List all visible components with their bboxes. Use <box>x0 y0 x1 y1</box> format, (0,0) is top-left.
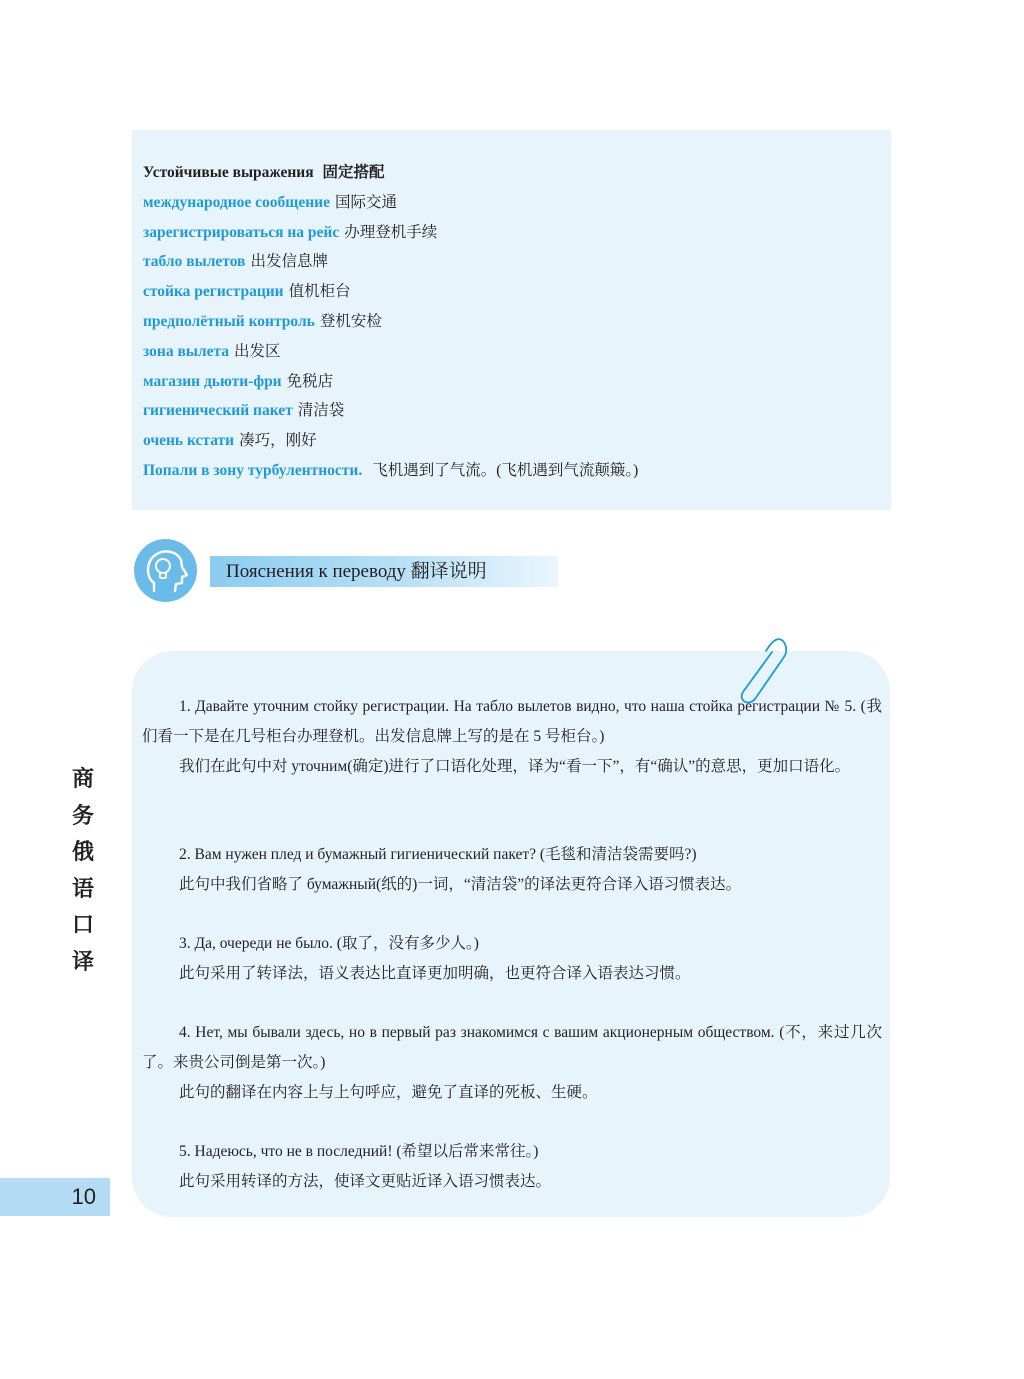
note-sentence: 3. Да, очереди не было. (取了，没有多少人。) <box>142 929 882 959</box>
vocab-ru: табло вылетов <box>143 253 245 270</box>
vocab-item: магазин дьюти-фри免税店 <box>143 367 638 397</box>
page-number: 10 <box>72 1178 96 1216</box>
vocab-item: международное сообщение国际交通 <box>143 188 638 218</box>
vocab-zh: 清洁袋 <box>298 402 345 419</box>
note-sentence: 2. Вам нужен плед и бумажный гигиеническ… <box>142 840 882 870</box>
book-side-title: 商 务 俄 语 口 译 <box>68 762 98 981</box>
vocab-item: гигиенический пакет清洁袋 <box>143 396 638 426</box>
section-title-bar: Пояснения к переводу 翻译说明 <box>210 556 558 587</box>
side-title-char: 口 <box>68 908 98 945</box>
side-title-char: 商 <box>68 762 98 799</box>
vocab-zh: 出发区 <box>234 343 281 360</box>
vocab-zh: 免税店 <box>287 373 334 390</box>
note-sentence: 1. Давайте уточним стойку регистрации. Н… <box>142 692 882 752</box>
section-title: Пояснения к переводу 翻译说明 <box>226 556 487 587</box>
note-comment: 此句采用转译的方法，使译文更贴近译入语习惯表达。 <box>142 1167 882 1197</box>
vocab-ru: магазин дьюти-фри <box>143 373 282 390</box>
vocab-item: табло вылетов出发信息牌 <box>143 247 638 277</box>
vocab-item: очень кстати凑巧，刚好 <box>143 426 638 456</box>
note-comment: 此句中我们省略了 бумажный(纸的)一词，“清洁袋”的译法更符合译入语习惯… <box>142 870 882 900</box>
note-comment: 我们在此句中对 уточним(确定)进行了口语化处理，译为“看一下”，有“确认… <box>142 752 882 782</box>
vocab-item: Попали в зону турбулентности.飞机遇到了气流。(飞机… <box>143 456 638 486</box>
vocab-zh: 出发信息牌 <box>250 253 328 270</box>
page-number-tab: 10 <box>0 1178 110 1216</box>
vocab-zh: 登机安检 <box>320 313 382 330</box>
side-title-char: 务 <box>68 799 98 836</box>
head-lightbulb-icon <box>134 539 197 602</box>
side-title-char: 译 <box>68 945 98 982</box>
vocab-zh: 飞机遇到了气流。(飞机遇到气流颠簸。) <box>372 462 638 479</box>
vocab-zh: 国际交通 <box>335 194 397 211</box>
note-sentence: 5. Надеюсь, что не в последний! (希望以后常来常… <box>142 1137 882 1167</box>
vocab-title-ru: Устойчивые выражения <box>143 164 314 181</box>
note-sentence: 4. Нет, мы бывали здесь, но в первый раз… <box>142 1018 882 1078</box>
note-comment: 此句的翻译在内容上与上句呼应，避免了直译的死板、生硬。 <box>142 1078 882 1108</box>
vocab-title: Устойчивые выражения 固定搭配 <box>143 158 638 188</box>
vocab-item: предполётный контроль登机安检 <box>143 307 638 337</box>
vocab-ru: Попали в зону турбулентности. <box>143 462 362 479</box>
side-title-char: 语 <box>68 872 98 909</box>
vocab-zh: 办理登机手续 <box>344 224 437 241</box>
vocab-zh: 凑巧，刚好 <box>239 432 317 449</box>
vocab-zh: 值机柜台 <box>289 283 351 300</box>
note-5: 5. Надеюсь, что не в последний! (希望以后常来常… <box>142 1137 882 1197</box>
vocab-list: Устойчивые выражения 固定搭配 международное … <box>143 158 638 486</box>
vocab-ru: гигиенический пакет <box>143 402 293 419</box>
vocab-title-zh: 固定搭配 <box>322 164 384 181</box>
vocab-item: стойка регистрации值机柜台 <box>143 277 638 307</box>
vocab-ru: зона вылета <box>143 343 229 360</box>
vocab-item: зона вылета出发区 <box>143 337 638 367</box>
side-title-char: 俄 <box>68 835 98 872</box>
note-3: 3. Да, очереди не было. (取了，没有多少人。) 此句采用… <box>142 929 882 989</box>
vocab-ru: очень кстати <box>143 432 234 449</box>
vocab-box: Устойчивые выражения 固定搭配 международное … <box>132 130 891 510</box>
note-comment: 此句采用了转译法，语义表达比直译更加明确，也更符合译入语表达习惯。 <box>142 959 882 989</box>
vocab-ru: зарегистрироваться на рейс <box>143 224 339 241</box>
note-4: 4. Нет, мы бывали здесь, но в первый раз… <box>142 1018 882 1108</box>
vocab-ru: международное сообщение <box>143 194 330 211</box>
vocab-item: зарегистрироваться на рейс办理登机手续 <box>143 218 638 248</box>
vocab-ru: стойка регистрации <box>143 283 284 300</box>
vocab-ru: предполётный контроль <box>143 313 315 330</box>
note-2: 2. Вам нужен плед и бумажный гигиеническ… <box>142 840 882 900</box>
note-1: 1. Давайте уточним стойку регистрации. Н… <box>142 692 882 782</box>
